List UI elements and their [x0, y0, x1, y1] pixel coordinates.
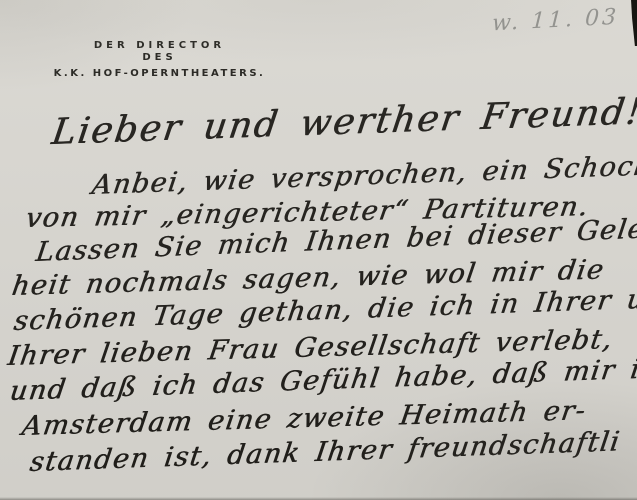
scan-edge-mark — [630, 0, 637, 46]
letterhead: DER DIRECTOR DES K.K. HOF-OPERNTHEATERS. — [52, 40, 267, 80]
salutation-line: Lieber und werther Freund! — [49, 91, 637, 153]
letterhead-line-3: K.K. HOF-OPERNTHEATERS. — [52, 68, 267, 80]
letterhead-line-2: DES — [52, 52, 267, 64]
letterhead-line-1: DER DIRECTOR — [52, 40, 267, 52]
pencil-date-annotation: w. 11. 03 — [491, 5, 619, 37]
letter-scan: DER DIRECTOR DES K.K. HOF-OPERNTHEATERS.… — [0, 0, 637, 500]
